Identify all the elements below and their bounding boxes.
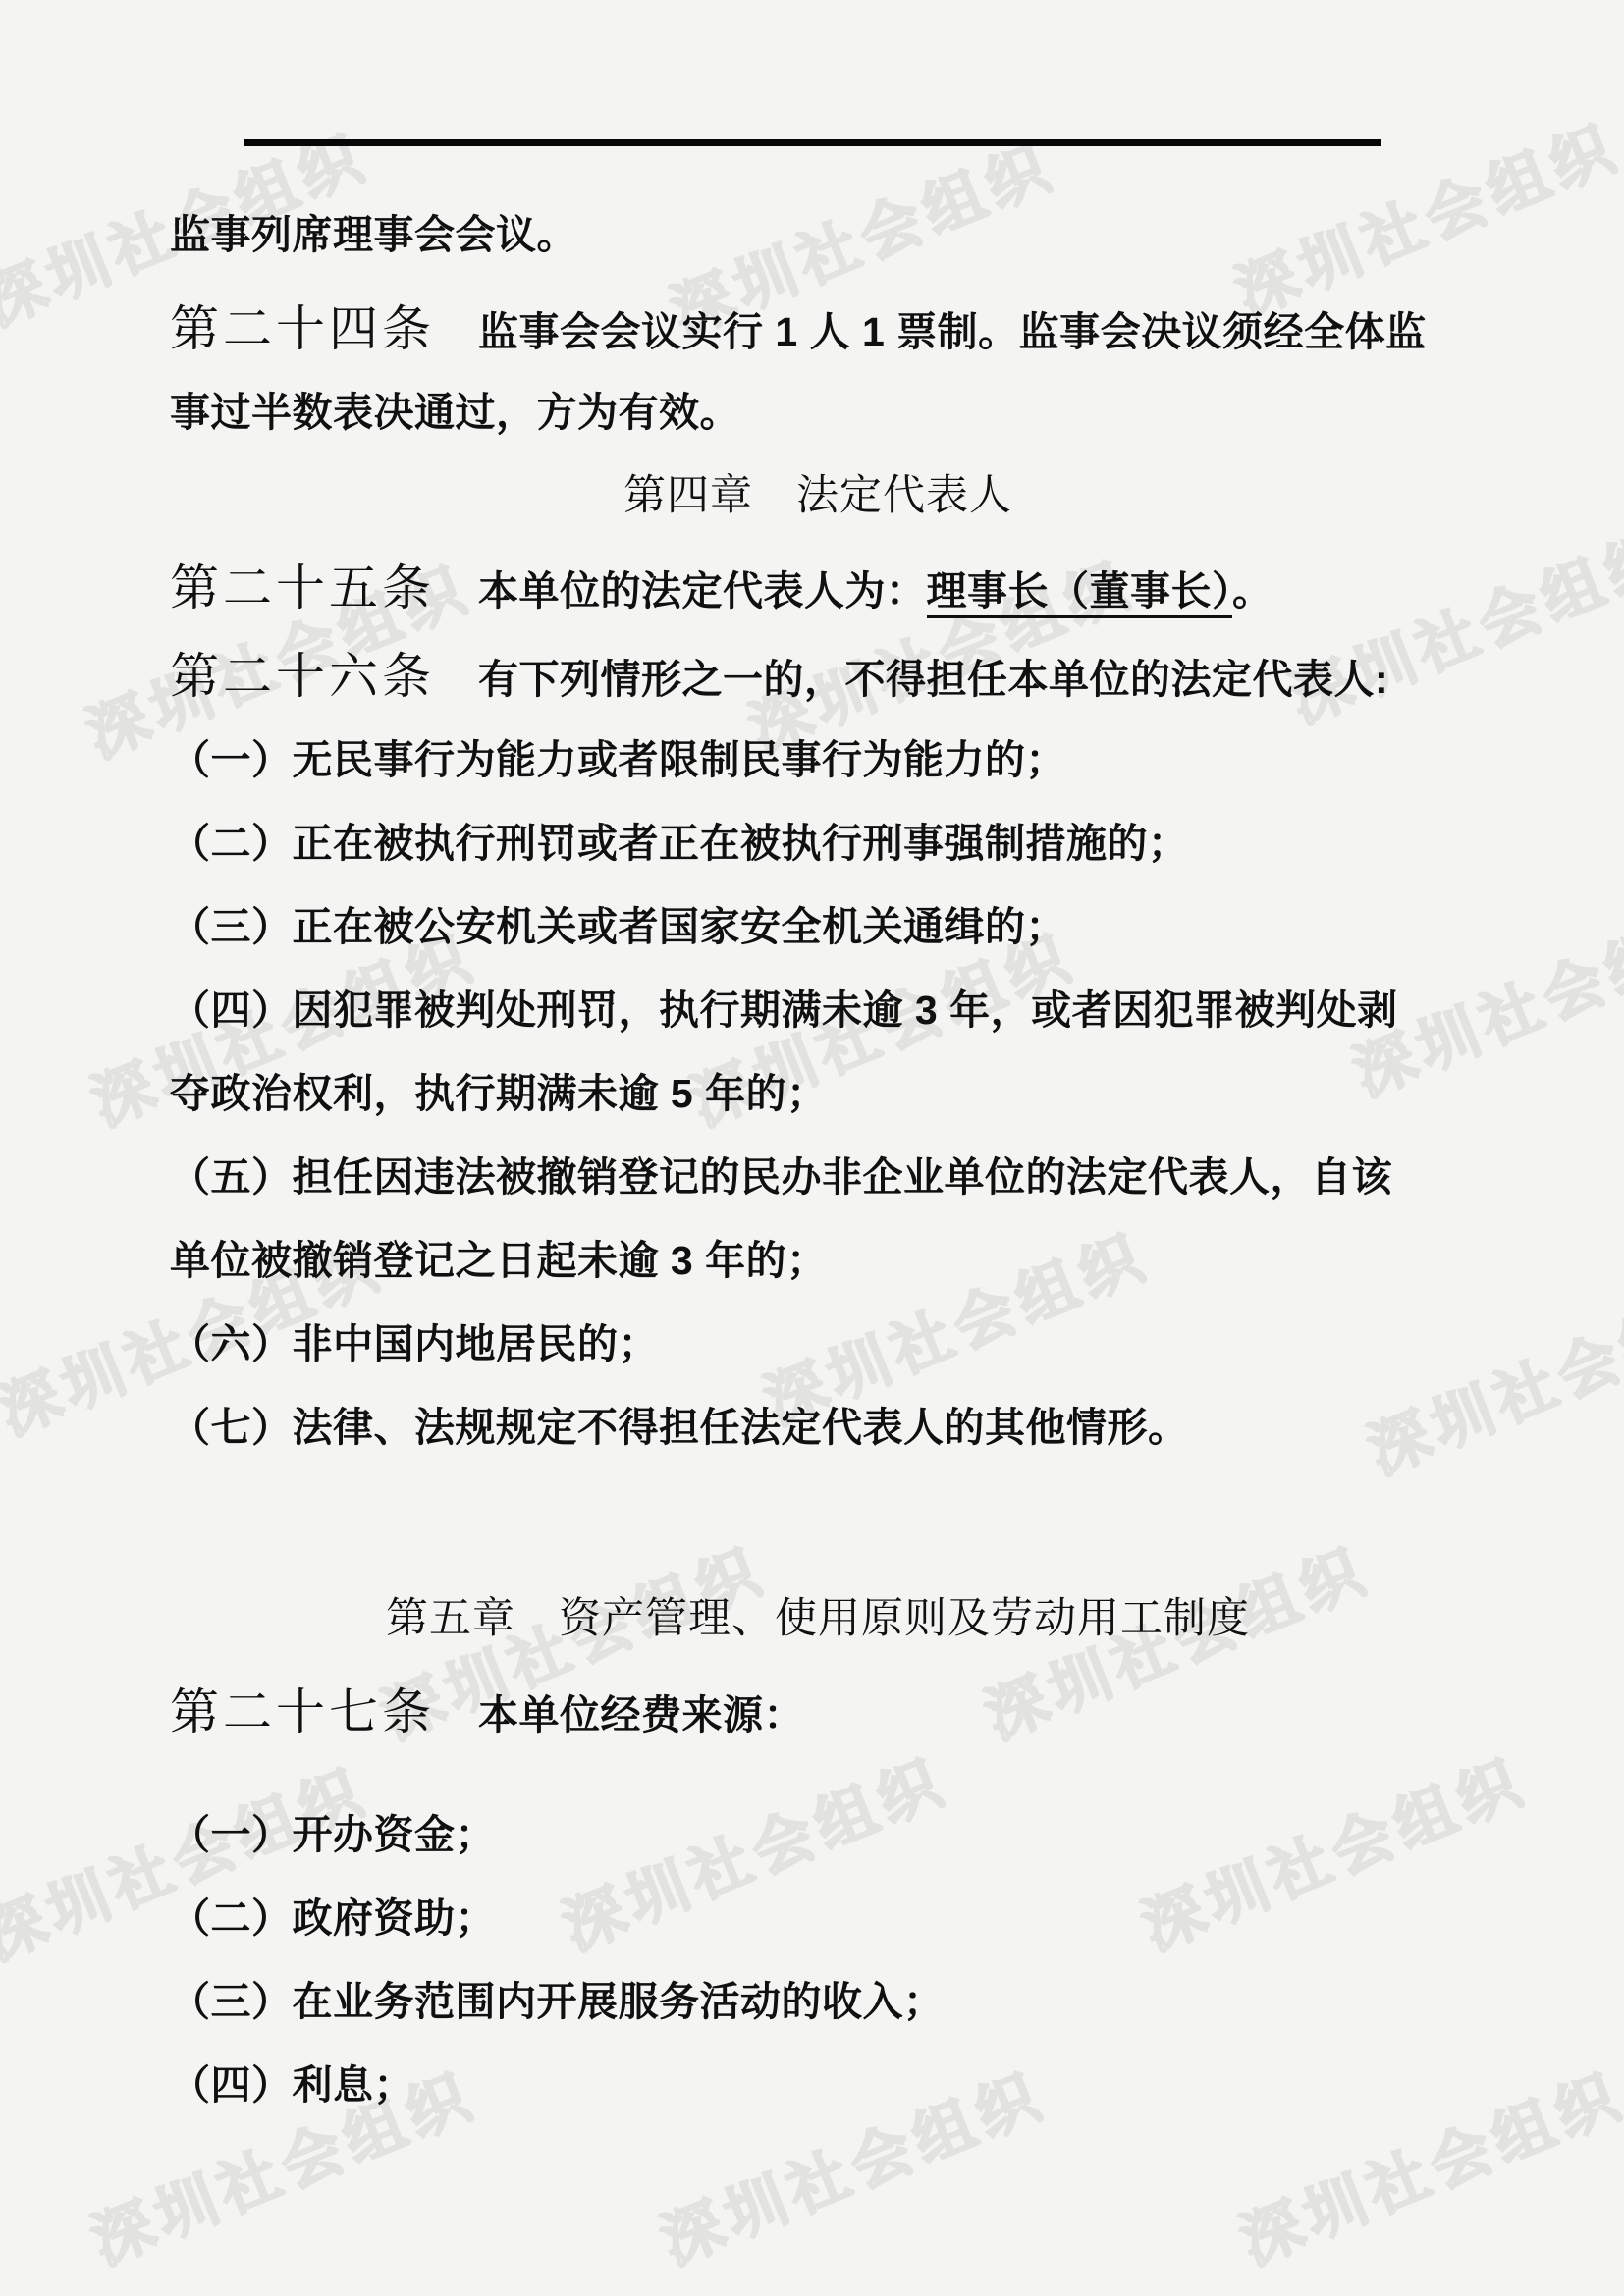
article-text: 监事会会议实行 1 人 1 票制。监事会决议须经全体监 (478, 309, 1427, 354)
body-line: 监事列席理事会会议。 (170, 193, 1466, 277)
section-gap (170, 1469, 1466, 1577)
body-line: 单位被撤销登记之日起未逾 3 年的； (170, 1219, 1466, 1303)
body-line: 夺政治权利，执行期满未逾 5 年的； (170, 1052, 1466, 1136)
article-text: 有下列情形之一的，不得担任本单位的法定代表人: (478, 657, 1388, 702)
article-number: 第二十七条 (170, 1684, 435, 1739)
article-text: 本单位经费来源： (478, 1692, 804, 1737)
article-text: 本单位的法定代表人为： (478, 568, 927, 614)
list-item: （七）法律、法规规定不得担任法定代表人的其他情形。 (170, 1386, 1466, 1469)
list-item: （三）正在被公安机关或者国家安全机关通缉的； (170, 885, 1466, 969)
header-rule (244, 139, 1381, 146)
list-item: （二）政府资助； (170, 1877, 1466, 1960)
document-content: 监事列席理事会会议。 第二十四条监事会会议实行 1 人 1 票制。监事会决议须经… (170, 193, 1466, 2127)
chapter-heading: 第四章 法定代表人 (170, 454, 1466, 538)
article-line: 第二十六条有下列情形之一的，不得担任本单位的法定代表人: (170, 635, 1466, 719)
list-item: （三）在业务范围内开展服务活动的收入； (170, 1960, 1466, 2044)
article-text: 。 (1232, 568, 1273, 614)
document-page: 深圳社会组织 深圳社会组织 深圳社会组织 深圳社会组织 深圳社会组织 深圳社会组… (0, 0, 1624, 2296)
body-line: 事过半数表决通过，方为有效。 (170, 371, 1466, 454)
underlined-value: 理事长（董事长） (927, 568, 1233, 618)
article-line: 第二十四条监事会会议实行 1 人 1 票制。监事会决议须经全体监 (170, 288, 1466, 371)
list-item: （六）非中国内地居民的； (170, 1303, 1466, 1386)
list-item: （四）利息； (170, 2044, 1466, 2127)
article-number: 第二十五条 (170, 561, 435, 615)
article-line: 第二十五条本单位的法定代表人为：理事长（董事长）。 (170, 547, 1466, 630)
list-item: （五）担任因违法被撤销登记的民办非企业单位的法定代表人，自该 (170, 1136, 1466, 1219)
article-number: 第二十六条 (170, 649, 435, 704)
list-item: （一）无民事行为能力或者限制民事行为能力的； (170, 719, 1466, 802)
article-line: 第二十七条本单位经费来源： (170, 1671, 1466, 1754)
list-item: （一）开办资金； (170, 1793, 1466, 1877)
list-item: （二）正在被执行刑罚或者正在被执行刑事强制措施的； (170, 802, 1466, 885)
list-item: （四）因犯罪被判处刑罚，执行期满未逾 3 年，或者因犯罪被判处剥 (170, 969, 1466, 1052)
article-number: 第二十四条 (170, 301, 435, 356)
chapter-heading: 第五章 资产管理、使用原则及劳动用工制度 (170, 1577, 1466, 1661)
